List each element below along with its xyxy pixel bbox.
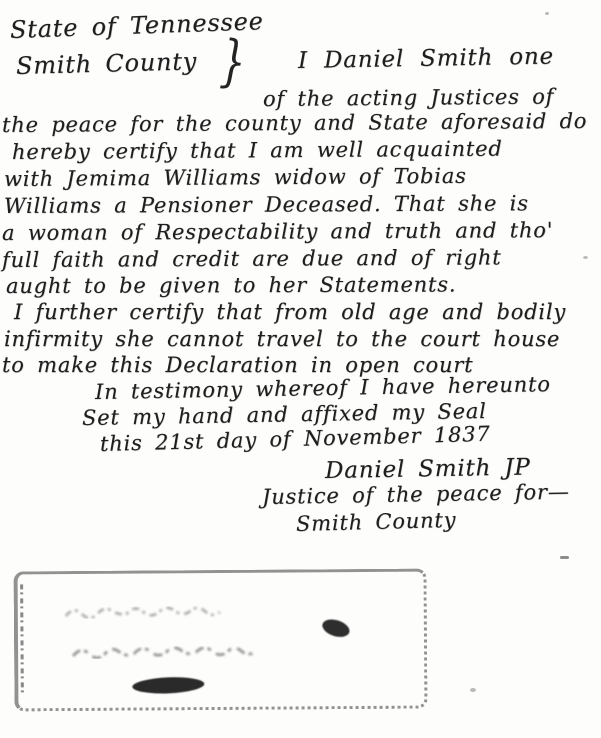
doc-line-body-4: with Jemima Williams widow of Tobias <box>4 164 467 191</box>
doc-line-body-3: hereby certify that I am well acquainted <box>12 137 503 164</box>
stamp-smudge-dark-2 <box>320 616 352 640</box>
doc-line-body-11: to make this Declaration in open court <box>2 353 473 377</box>
doc-line-body-2: the peace for the county and State afore… <box>2 109 587 137</box>
signature-title-line-1: Justice of the peace for— <box>262 480 570 509</box>
document-page: State of Tennessee Smith County } I Dani… <box>0 0 601 738</box>
doc-line-body-10: infirmity she cannot travel to the court… <box>4 327 560 351</box>
paper-speck-4 <box>470 688 476 692</box>
faded-stamp-marks <box>18 572 425 709</box>
signature-title-line-2: Smith County <box>296 508 457 536</box>
doc-line-county: Smith County <box>16 47 198 80</box>
doc-line-body-9: I further certify that from old age and … <box>14 300 566 324</box>
paper-speck-1 <box>545 12 549 15</box>
stamp-smudge-dark-1 <box>132 676 205 695</box>
stamp-left-edge-speckle <box>22 584 23 694</box>
paper-speck-3 <box>560 556 569 559</box>
doc-line-body-5: Williams a Pensioner Deceased. That she … <box>4 191 529 218</box>
county-brace-flourish: } <box>218 28 247 95</box>
doc-line-body-6: a woman of Respectability and truth and … <box>2 218 553 245</box>
doc-line-body-7: full faith and credit are due and of rig… <box>2 245 502 272</box>
paper-speck-2 <box>583 256 588 259</box>
doc-line-opening: I Daniel Smith one <box>298 44 554 74</box>
faded-stamp-box <box>14 569 428 712</box>
doc-line-body-1: of the acting Justices of <box>263 84 554 111</box>
stamp-script-line-2 <box>73 647 255 658</box>
signature: Daniel Smith JP <box>325 454 531 484</box>
stamp-script-line-1 <box>66 607 220 618</box>
doc-line-body-8: aught to be given to her Statements. <box>6 272 456 298</box>
